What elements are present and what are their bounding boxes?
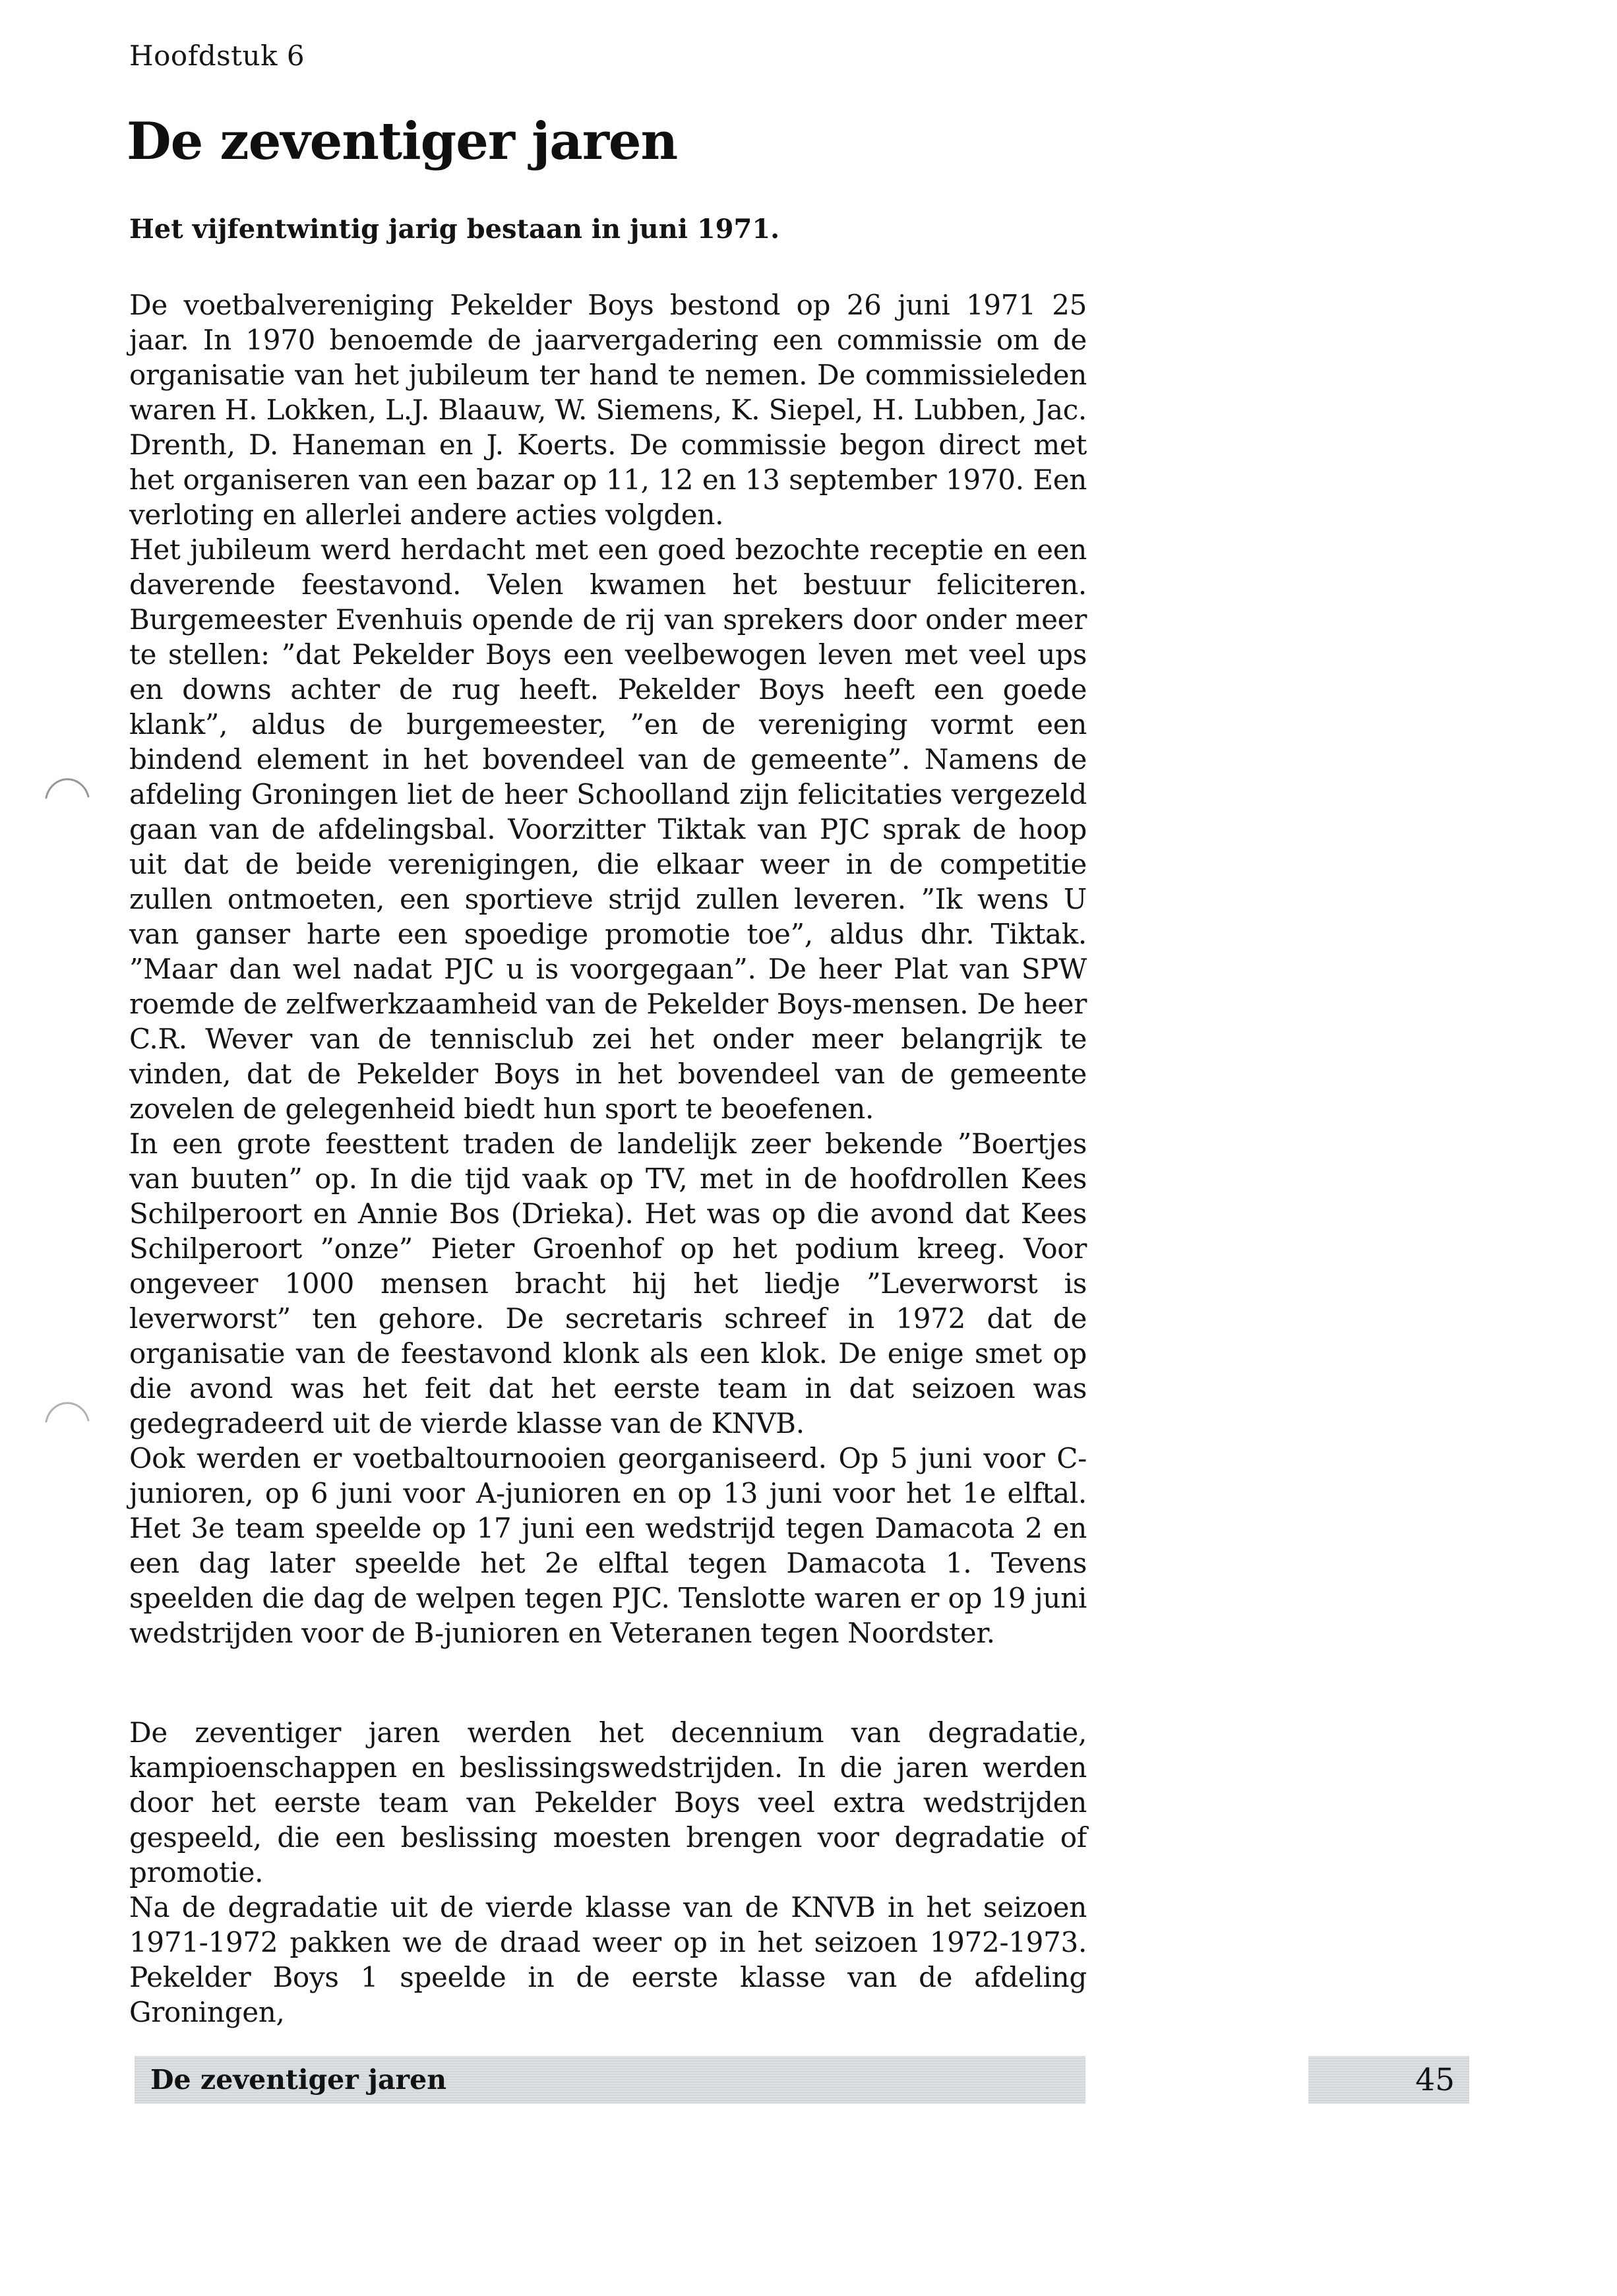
paragraph-jubileum-commissie: De voetbalvereniging Pekelder Boys besto… (129, 287, 1087, 532)
paragraph-decennium: De zeventiger jaren werden het decennium… (129, 1715, 1087, 1890)
chapter-label: Hoofdstuk 6 (129, 40, 305, 73)
body-text-column: De voetbalvereniging Pekelder Boys besto… (129, 287, 1087, 2030)
paragraph-voetbaltournooien: Ook werden er voetbaltournooien georgani… (129, 1441, 1087, 1650)
footer-page-number-bar: 45 (1308, 2056, 1469, 2103)
page-number: 45 (1415, 2062, 1455, 2098)
scan-arc-artifact (38, 1383, 104, 1436)
footer-section-bar: De zeventiger jaren (135, 2056, 1085, 2103)
paragraph-degradatie-seizoen: Na de degradatie uit de vierde klasse va… (129, 1890, 1087, 2030)
paragraph-receptie-feestavond: Het jubileum werd herdacht met een goed … (129, 532, 1087, 1126)
scanned-book-page: Hoofdstuk 6 De zeventiger jaren Het vijf… (0, 0, 1617, 2296)
scan-arc-artifact (38, 758, 104, 811)
page-title: De zeventiger jaren (127, 113, 677, 170)
section-subtitle: Het vijfentwintig jarig bestaan in juni … (129, 214, 779, 245)
paragraph-feesttent: In een grote feesttent traden de landeli… (129, 1126, 1087, 1441)
footer-section-label: De zeventiger jaren (150, 2064, 446, 2096)
